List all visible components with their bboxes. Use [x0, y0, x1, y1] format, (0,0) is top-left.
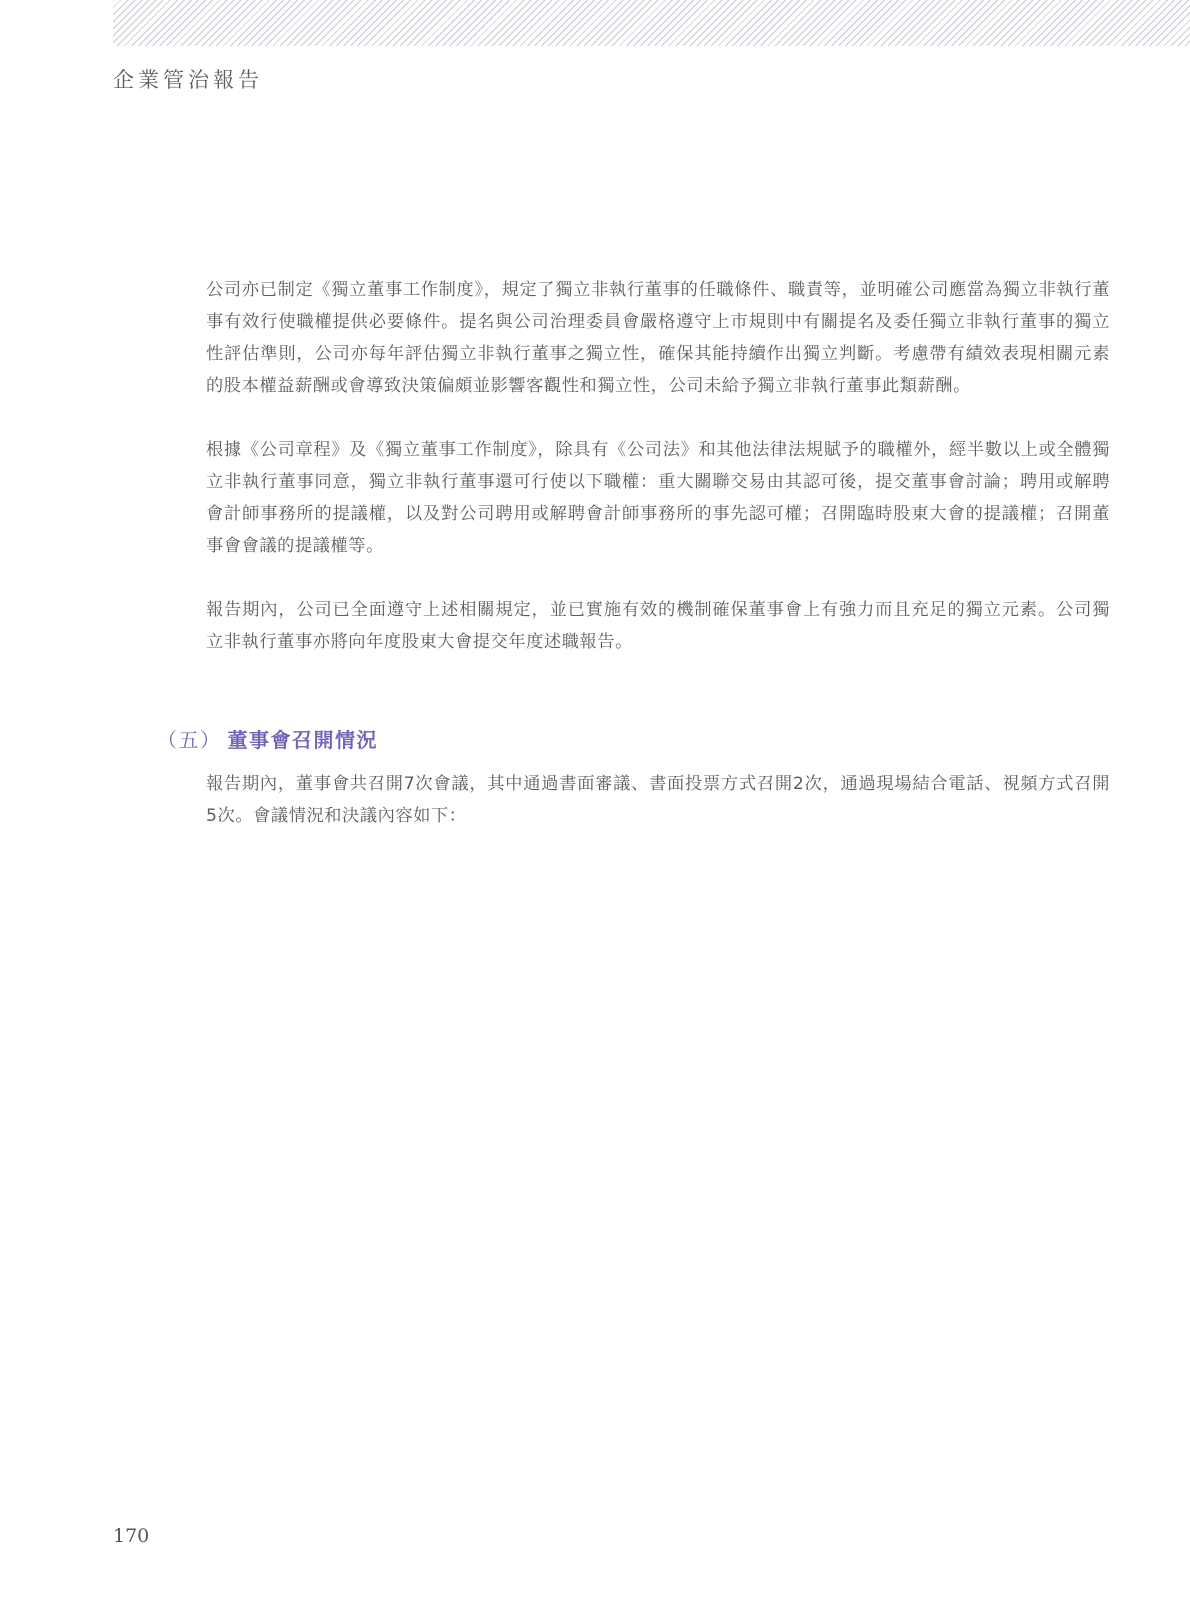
paragraph-director-powers: 根據《公司章程》及《獨立董事工作制度》，除具有《公司法》和其他法律法規賦予的職權…	[206, 434, 1110, 562]
page-header-title: 企業管治報告	[113, 64, 263, 94]
header-hatch-band	[113, 0, 1190, 46]
paragraph-board-meetings: 報告期內，董事會共召開7次會議，其中通過書面審議、書面投票方式召開2次，通過現場…	[206, 768, 1110, 832]
section-heading: （五）董事會召開情況	[157, 724, 378, 753]
section-title: 董事會召開情況	[228, 728, 379, 752]
page-number: 170	[113, 1525, 149, 1547]
paragraph-compliance: 報告期內，公司已全面遵守上述相關規定，並已實施有效的機制確保董事會上有強力而且充…	[206, 594, 1110, 658]
paragraph-independent-director-system: 公司亦已制定《獨立董事工作制度》，規定了獨立非執行董事的任職條件、職責等，並明確…	[206, 274, 1110, 402]
body-content: 公司亦已制定《獨立董事工作制度》，規定了獨立非執行董事的任職條件、職責等，並明確…	[206, 274, 1110, 658]
section-number: （五）	[157, 728, 222, 752]
section-content: 報告期內，董事會共召開7次會議，其中通過書面審議、書面投票方式召開2次，通過現場…	[206, 768, 1110, 832]
